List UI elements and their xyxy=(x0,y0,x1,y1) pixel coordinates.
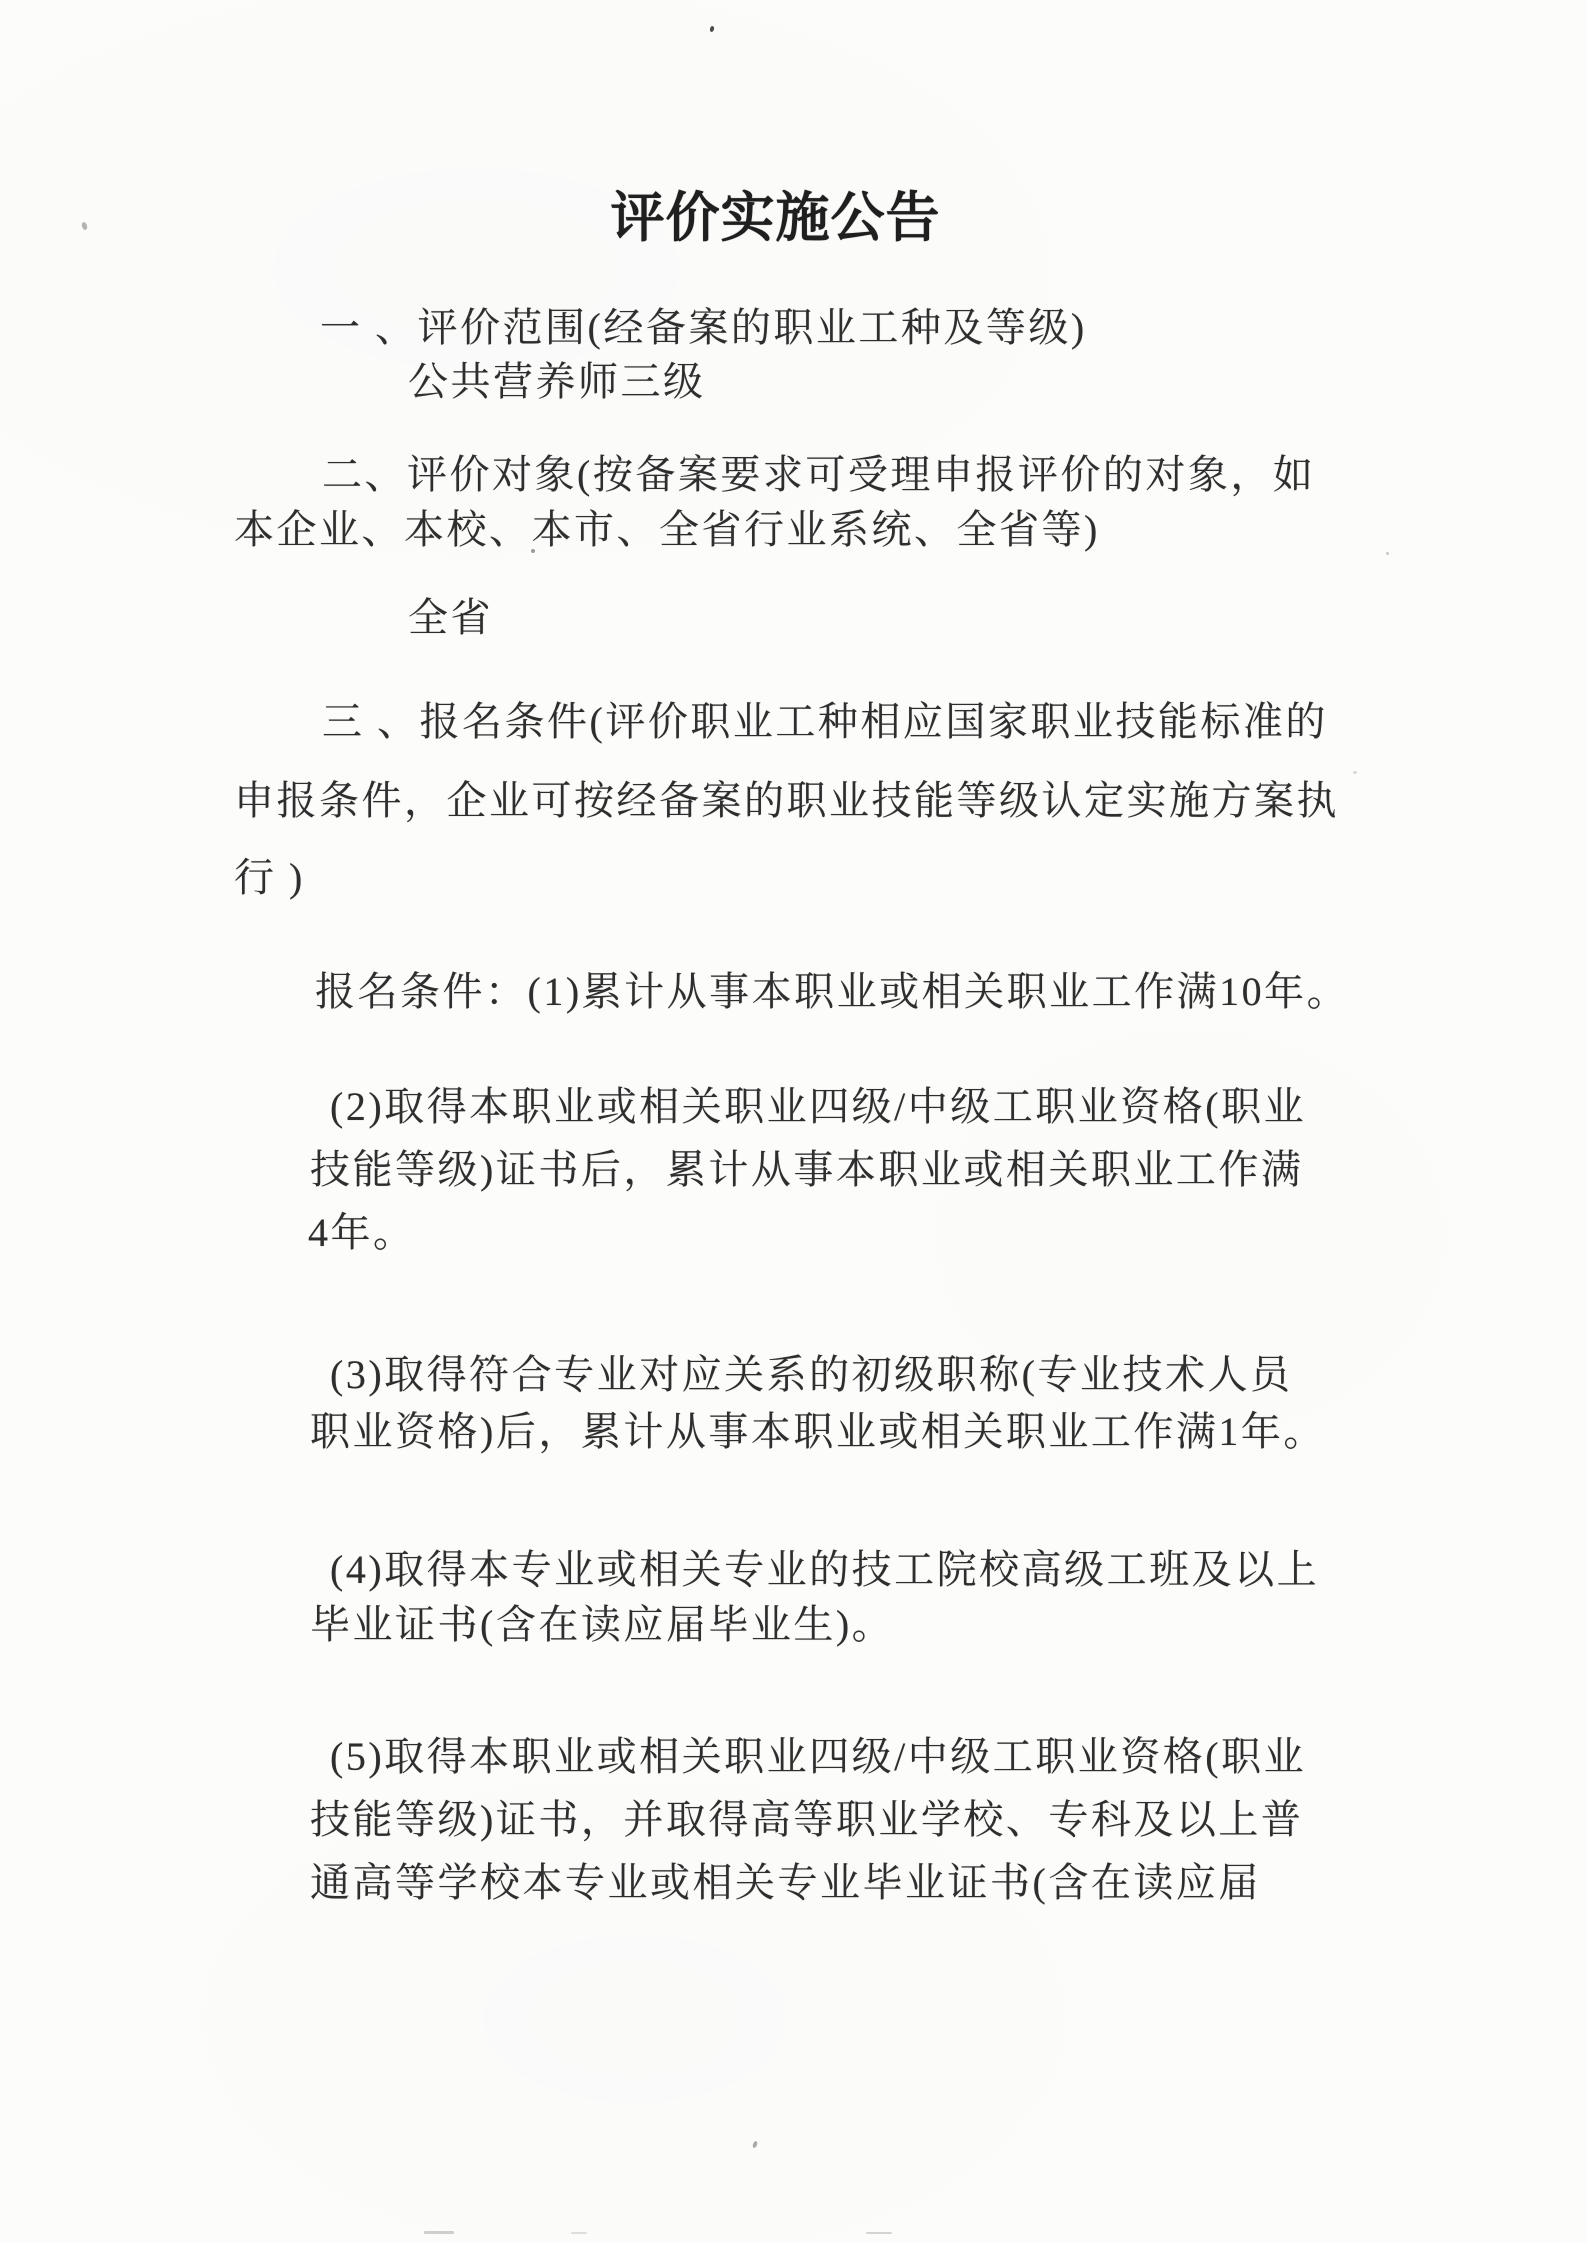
requirement-item-2-line1: (2)取得本职业或相关职业四级/中级工职业资格(职业 xyxy=(330,1084,1306,1130)
requirement-item-3-line2: 职业资格)后，累计从事本职业或相关职业工作满1年。 xyxy=(310,1409,1326,1455)
requirement-item-1: 报名条件：(1)累计从事本职业或相关职业工作满10年。 xyxy=(315,969,1349,1015)
requirement-item-5-line2: 技能等级)证书，并取得高等职业学校、专科及以上普 xyxy=(310,1797,1303,1843)
document-title: 评价实施公告 xyxy=(0,188,1551,248)
scan-speck xyxy=(1353,771,1357,774)
requirement-item-2-line2: 技能等级)证书后，累计从事本职业或相关职业工作满 xyxy=(310,1147,1303,1193)
requirement-item-2-line3: 4年。 xyxy=(308,1210,416,1256)
scan-speck xyxy=(531,549,535,553)
section1-scope-value: 公共营养师三级 xyxy=(408,359,706,405)
scan-speck xyxy=(752,2141,758,2149)
section3-requirements-heading-line2: 申报条件，企业可按经备案的职业技能等级认定实施方案执 xyxy=(234,778,1339,824)
requirement-item-4-line2: 毕业证书(含在读应届毕业生)。 xyxy=(310,1602,894,1648)
scanned-document-page: 评价实施公告 一 、评价范围(经备案的职业工种及等级) 公共营养师三级 二、评价… xyxy=(0,0,1587,2243)
requirement-item-4-line1: (4)取得本专业或相关专业的技工院校高级工班及以上 xyxy=(330,1547,1319,1593)
requirement-item-5-line1: (5)取得本职业或相关职业四级/中级工职业资格(职业 xyxy=(330,1734,1306,1780)
scan-edge-artifact xyxy=(571,2232,587,2234)
scan-edge-artifact xyxy=(866,2232,892,2234)
scan-speck xyxy=(1386,552,1389,555)
requirement-item-3-line1: (3)取得符合专业对应关系的初级职称(专业技术人员 xyxy=(330,1352,1292,1398)
section2-targets-heading-line1: 二、评价对象(按备案要求可受理申报评价的对象，如 xyxy=(322,452,1315,498)
scan-speck xyxy=(709,26,714,33)
section3-requirements-heading-line1: 三 、报名条件(评价职业工种相应国家职业技能标准的 xyxy=(322,699,1328,745)
section2-targets-heading-line2: 本企业、本校、本市、全省行业系统、全省等) xyxy=(234,507,1100,553)
section3-requirements-heading-line3: 行 ) xyxy=(234,855,305,901)
section2-targets-value: 全省 xyxy=(408,595,493,641)
requirement-item-5-line3: 通高等学校本专业或相关专业毕业证书(含在读应届 xyxy=(310,1860,1261,1906)
section1-scope-heading: 一 、评价范围(经备案的职业工种及等级) xyxy=(320,305,1087,351)
scan-edge-artifact xyxy=(424,2231,454,2234)
